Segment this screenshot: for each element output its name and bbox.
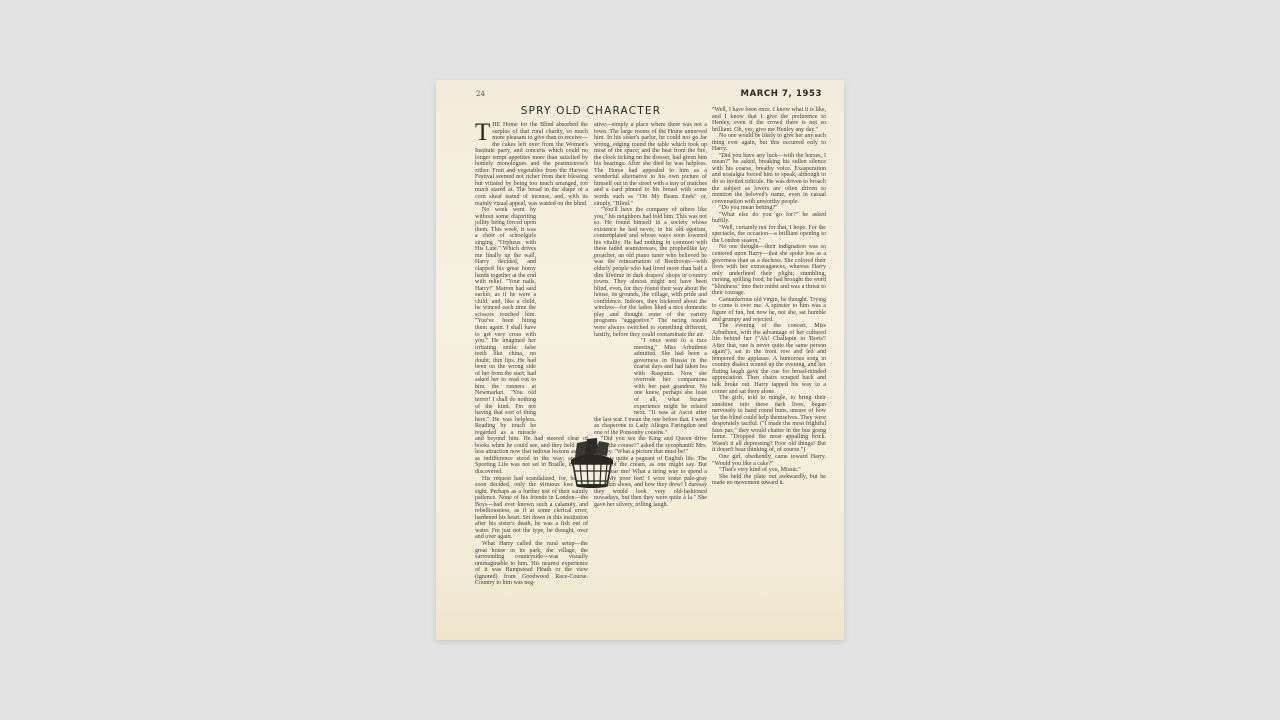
paragraph: One girl, obediently, came toward Harry.… [712, 454, 826, 467]
paragraph: THE Home for the Blind absorbed the surp… [475, 122, 588, 207]
paragraph: ative—simply a place where there was not… [594, 122, 707, 207]
paragraph: "What else do you go for?" he asked huff… [712, 212, 826, 225]
basket-of-bread-icon [567, 435, 617, 490]
page-number: 24 [476, 90, 485, 98]
paragraph: "I once went to a race meeting," Miss Ar… [594, 338, 707, 436]
paragraph: "Well, I have been once. I know what it … [712, 107, 826, 133]
paragraph: What Harry called the rural setup—the gr… [475, 541, 588, 587]
paragraph: "You'll have the company of others like … [594, 207, 707, 338]
paragraph: No one would be likely to give her any s… [712, 133, 826, 153]
drop-cap: T [475, 123, 490, 143]
paragraph: Cantankerous old virgin, he thought. Try… [712, 297, 826, 323]
article-column-1: THE Home for the Blind absorbed the surp… [475, 122, 588, 587]
paragraph: The evening of the concert, Miss Arbuthn… [712, 323, 826, 395]
magazine-page: 24 MARCH 7, 1953 SPRY OLD CHARACTER THE … [436, 80, 844, 640]
paragraph: "Well, certainly not for that, I hope. F… [712, 225, 826, 245]
paragraph: "Did you have any luck—with the horses, … [712, 153, 826, 205]
article-title: SPRY OLD CHARACTER [476, 105, 706, 117]
paragraph: The girls, told to mingle, to bring thei… [712, 395, 826, 454]
paragraph: No one thought—their indignation was so … [712, 244, 826, 296]
article-column-3: "Well, I have been once. I know what it … [712, 107, 826, 487]
paragraph: She held the plate out awkwardly, but he… [712, 474, 826, 487]
issue-date: MARCH 7, 1953 [741, 89, 822, 99]
